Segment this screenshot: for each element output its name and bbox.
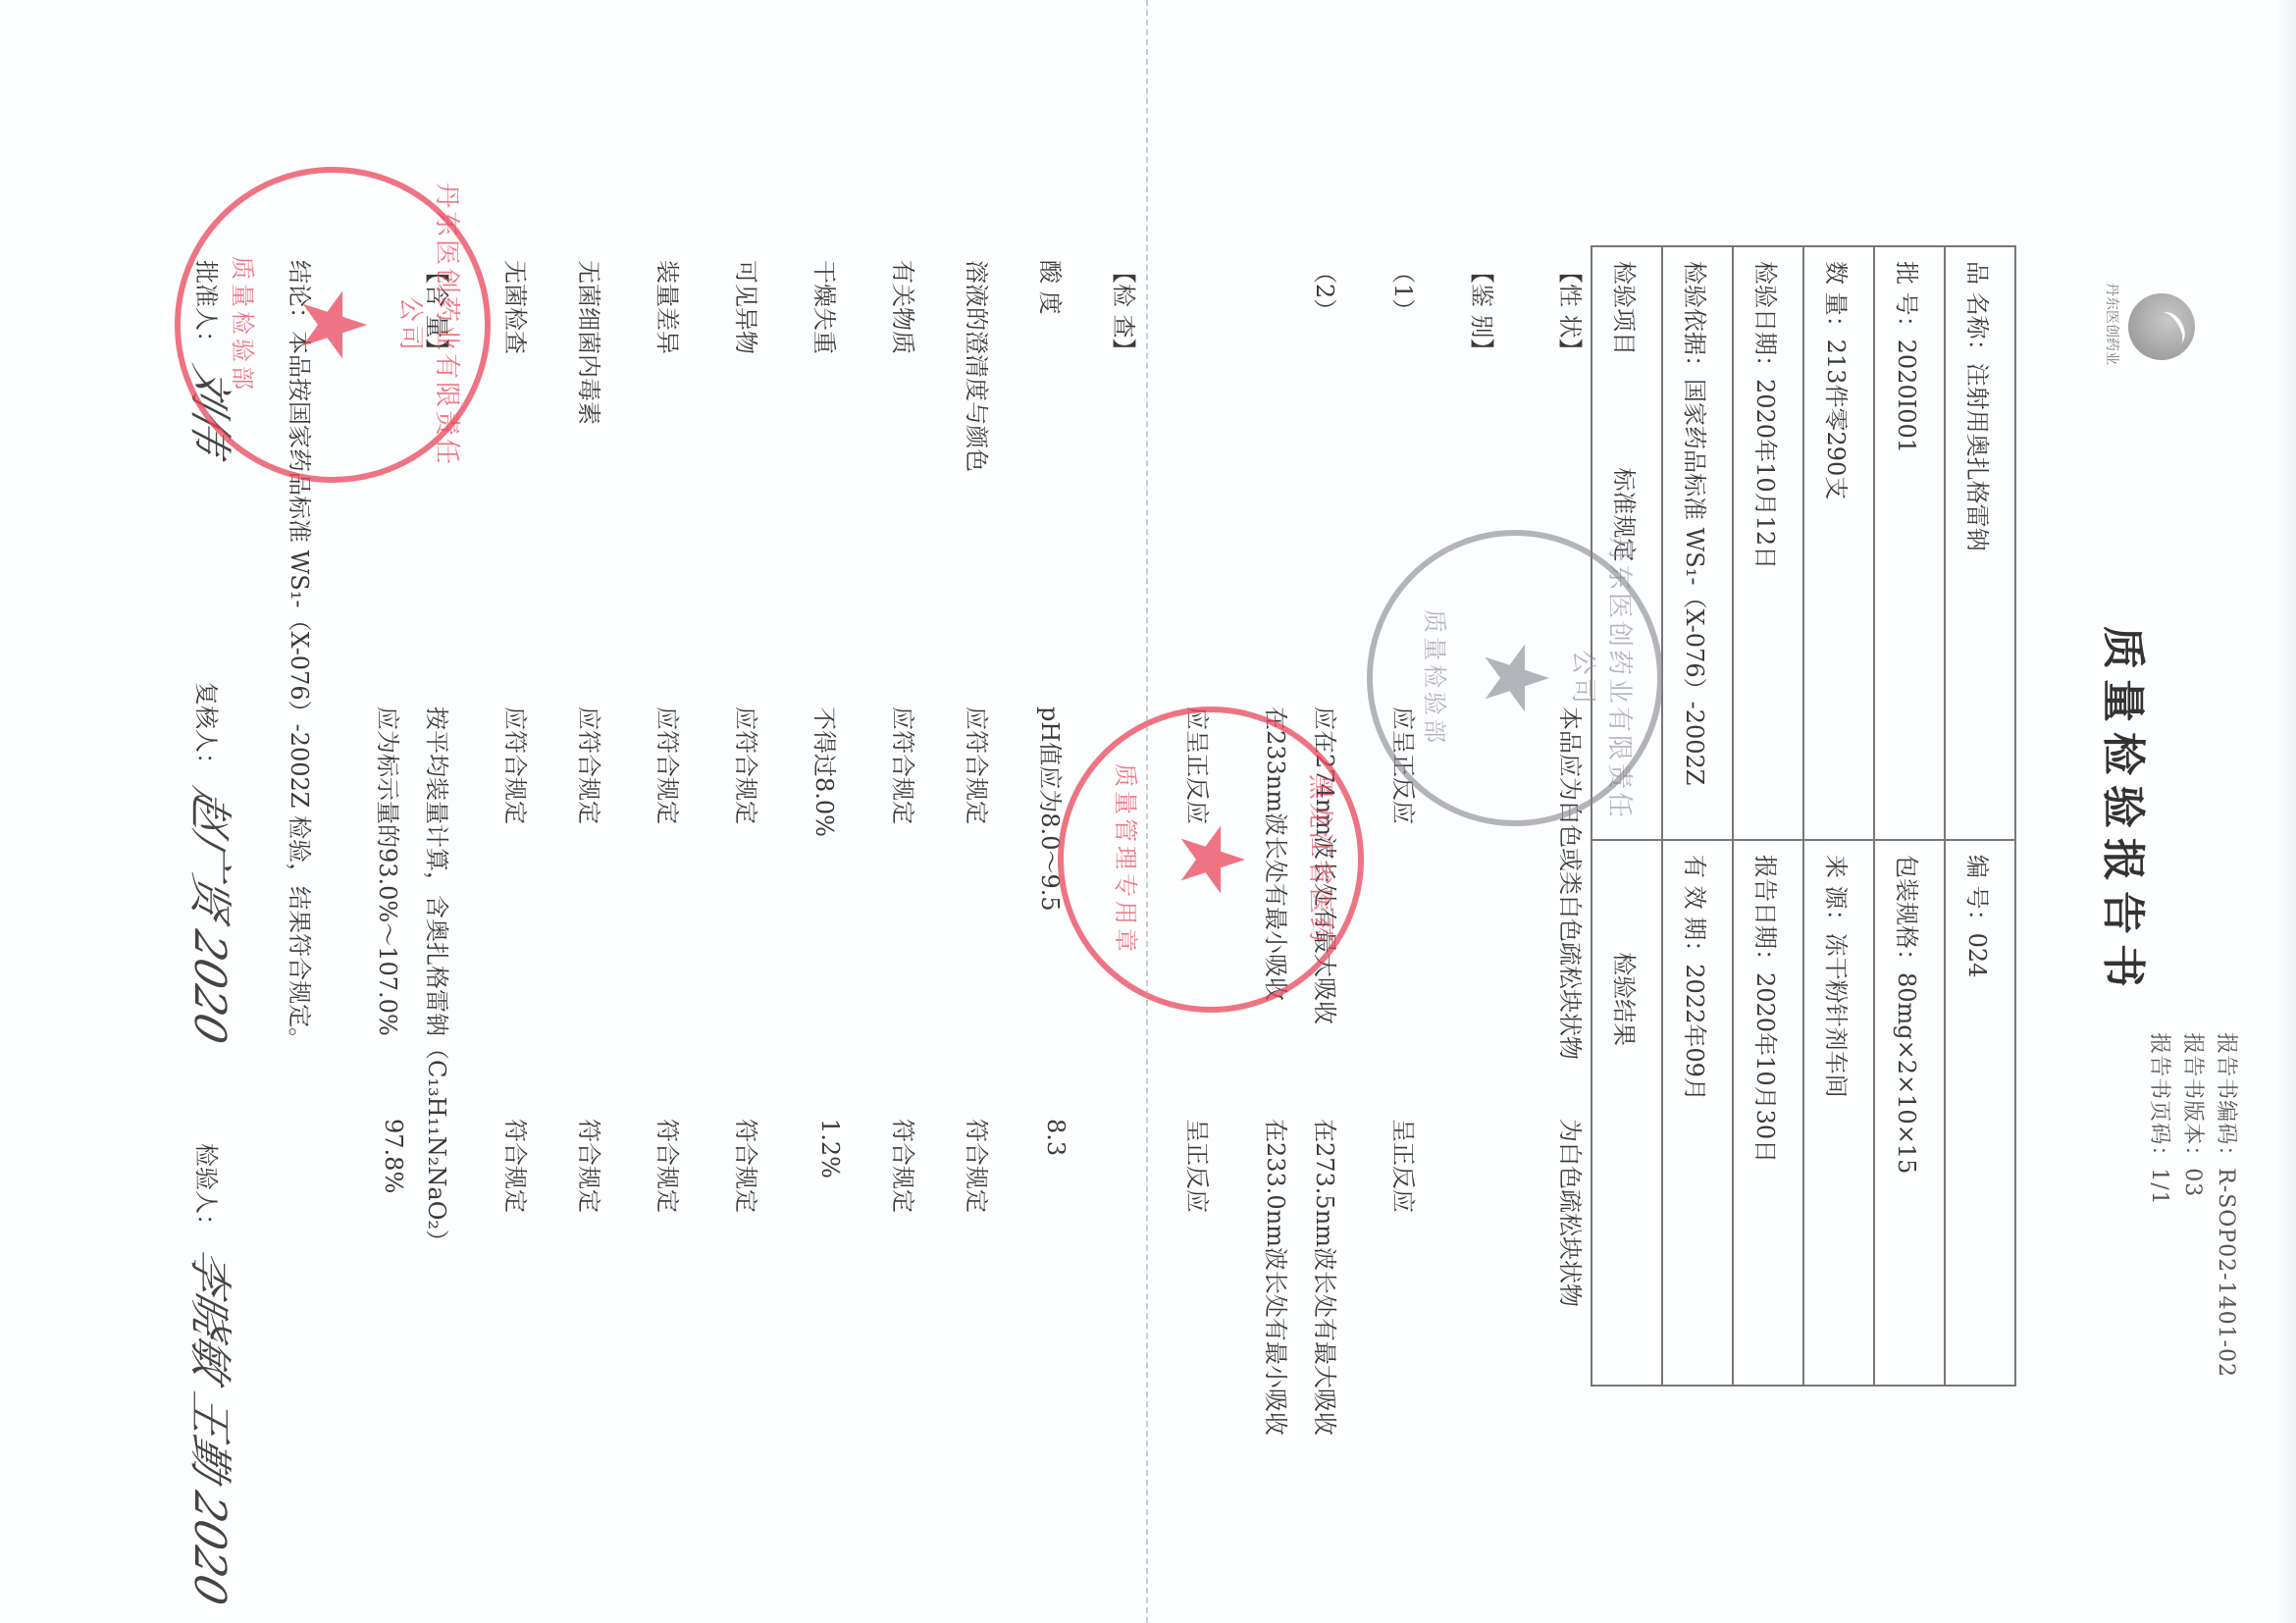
expiry-cell: 有 效 期：2022年09月 xyxy=(1662,840,1733,1386)
test-item-result: 符合规定 xyxy=(962,1119,996,1213)
test-item-standard: 不得过8.0% xyxy=(809,707,844,837)
info-row: 检验日期：2020年10月12日 报告日期：2020年10月30日 xyxy=(1733,246,1803,1386)
reviewer-label: 复核人： xyxy=(191,682,226,776)
test-item-name: （2） xyxy=(1310,260,1344,322)
star-icon: ★ xyxy=(288,286,377,365)
info-row: 品 名称：注射用奥扎格雷钠 编 号：024 xyxy=(1945,246,2015,1386)
test-item-row: 有关物质应符合规定符合规定 xyxy=(883,245,922,1393)
scan-edge xyxy=(2274,0,2296,1623)
test-item-name: 干燥失重 xyxy=(809,260,844,354)
test-item-standard: 应符合规定 xyxy=(500,707,535,824)
info-row: 检验依据：国家药品标准 WS₁-（X-076）-2002Z 有 效 期：2022… xyxy=(1662,246,1733,1386)
test-item-standard: 应符合规定 xyxy=(574,707,608,824)
test-item-standard: 按平均装量计算，含奥扎格雷钠（C₁₃H₁₁N₂NaO₂） xyxy=(422,707,456,1253)
test-item-result: 在273.5nm波长处有最大吸收 xyxy=(1310,1119,1344,1436)
test-item-result: 符合规定 xyxy=(574,1119,608,1213)
test-item-result: 在233.0nm波长处有最小吸收 xyxy=(1261,1119,1295,1436)
test-item-row: 无菌细菌内毒素应符合规定符合规定 xyxy=(569,245,608,1393)
test-item-name: 无菌细菌内毒素 xyxy=(574,260,608,425)
test-item-result: 97.8% xyxy=(380,1119,407,1193)
test-item-standard: 应符合规定 xyxy=(652,707,687,824)
test-item-result: 符合规定 xyxy=(652,1119,687,1213)
test-item-row: 干燥失重不得过8.0%1.2% xyxy=(805,245,844,1393)
test-item-name: 有关物质 xyxy=(888,260,922,354)
test-item-row: 装量差异应符合规定符合规定 xyxy=(648,245,687,1393)
test-item-result: 为白色疏松块状物 xyxy=(1555,1119,1590,1307)
test-item-result: 符合规定 xyxy=(500,1119,535,1213)
test-item-standard: 应为标示量的93.0%～107.0% xyxy=(373,707,407,1036)
quantity-cell: 数 量：213件零290支 xyxy=(1803,246,1874,840)
test-item-result: 1.2% xyxy=(816,1119,844,1178)
test-item-name: 无菌检查 xyxy=(500,260,535,354)
grey-company-stamp: 丹东医创药业有限责任公司 ★ 质量检验部 xyxy=(1367,530,1663,826)
reviewer-signature: 赵广贤 2020 xyxy=(183,781,245,1051)
test-item-standard: 应符合规定 xyxy=(962,707,996,824)
test-item-result: 呈正反应 xyxy=(1388,1119,1423,1213)
fold-line xyxy=(1146,0,1148,1623)
test-item-name: 溶液的澄清度与颜色 xyxy=(962,260,996,472)
inspector-label: 检验人： xyxy=(191,1143,226,1237)
test-item-row: 溶液的澄清度与颜色应符合规定符合规定 xyxy=(957,245,996,1393)
column-header-result: 检验结果 xyxy=(1592,840,1662,1386)
test-item-result: 符合规定 xyxy=(731,1119,765,1213)
inspection-report-page: 报告书编码：R-SOP02-1401-02 报告书版本：03 报告书页码：1/1… xyxy=(0,0,2296,1623)
page-title: 质量检验报告书 xyxy=(2096,0,2159,1623)
test-item-name: 可见异物 xyxy=(731,260,765,354)
test-item-name: 装量差异 xyxy=(652,260,687,354)
red-company-stamp: 丹东医创药业有限责任公司 ★ 质量检验部 xyxy=(175,167,491,483)
test-item-name: 【检 查】 xyxy=(1109,260,1143,362)
report-no-cell: 编 号：024 xyxy=(1945,840,2015,1386)
batch-no-cell: 批 号：2020I001 xyxy=(1874,246,1945,840)
info-row: 批 号：2020I001 包装规格：80mg×2×10×15 xyxy=(1874,246,1945,1386)
test-item-row: 可见异物应符合规定符合规定 xyxy=(726,245,765,1393)
test-item-row: 无菌检查应符合规定符合规定 xyxy=(496,245,535,1393)
star-icon: ★ xyxy=(1471,639,1559,718)
test-item-name: 【鉴 别】 xyxy=(1467,260,1501,362)
test-item-standard: 应符合规定 xyxy=(731,707,765,824)
basis-cell: 检验依据：国家药品标准 WS₁-（X-076）-2002Z xyxy=(1662,246,1733,840)
info-row: 数 量：213件零290支 来 源：冻干粉针剂车间 xyxy=(1803,246,1874,1386)
test-item-row: （1）应呈正反应呈正反应 xyxy=(1383,245,1423,1393)
source-cell: 来 源：冻干粉针剂车间 xyxy=(1803,840,1874,1386)
test-item-result: 8.3 xyxy=(1042,1119,1070,1156)
test-item-result: 呈正反应 xyxy=(1182,1119,1217,1213)
inspector-signature: 李晓敏 王勤 2020 xyxy=(183,1242,245,1612)
red-province-stamp: 黑龙江省医药 ★ 质量管理专用章 xyxy=(1058,707,1364,1013)
test-item-standard: 应符合规定 xyxy=(888,707,922,824)
test-item-result: 符合规定 xyxy=(888,1119,922,1213)
report-version: 报告书版本：03 xyxy=(2175,1032,2209,1378)
inspect-date-cell: 检验日期：2020年10月12日 xyxy=(1733,246,1803,840)
report-date-cell: 报告日期：2020年10月30日 xyxy=(1733,840,1803,1386)
test-item-name: （1） xyxy=(1388,260,1423,322)
product-name-cell: 品 名称：注射用奥扎格雷钠 xyxy=(1945,246,2015,840)
test-item-name: 酸 度 xyxy=(1035,260,1070,315)
report-code: 报告书编码：R-SOP02-1401-02 xyxy=(2209,1032,2242,1378)
package-spec-cell: 包装规格：80mg×2×10×15 xyxy=(1874,840,1945,1386)
product-info-table: 品 名称：注射用奥扎格雷钠 编 号：024 批 号：2020I001 包装规格：… xyxy=(1591,245,2016,1387)
star-icon: ★ xyxy=(1167,820,1255,900)
test-item-name: 【性 状】 xyxy=(1555,260,1590,362)
